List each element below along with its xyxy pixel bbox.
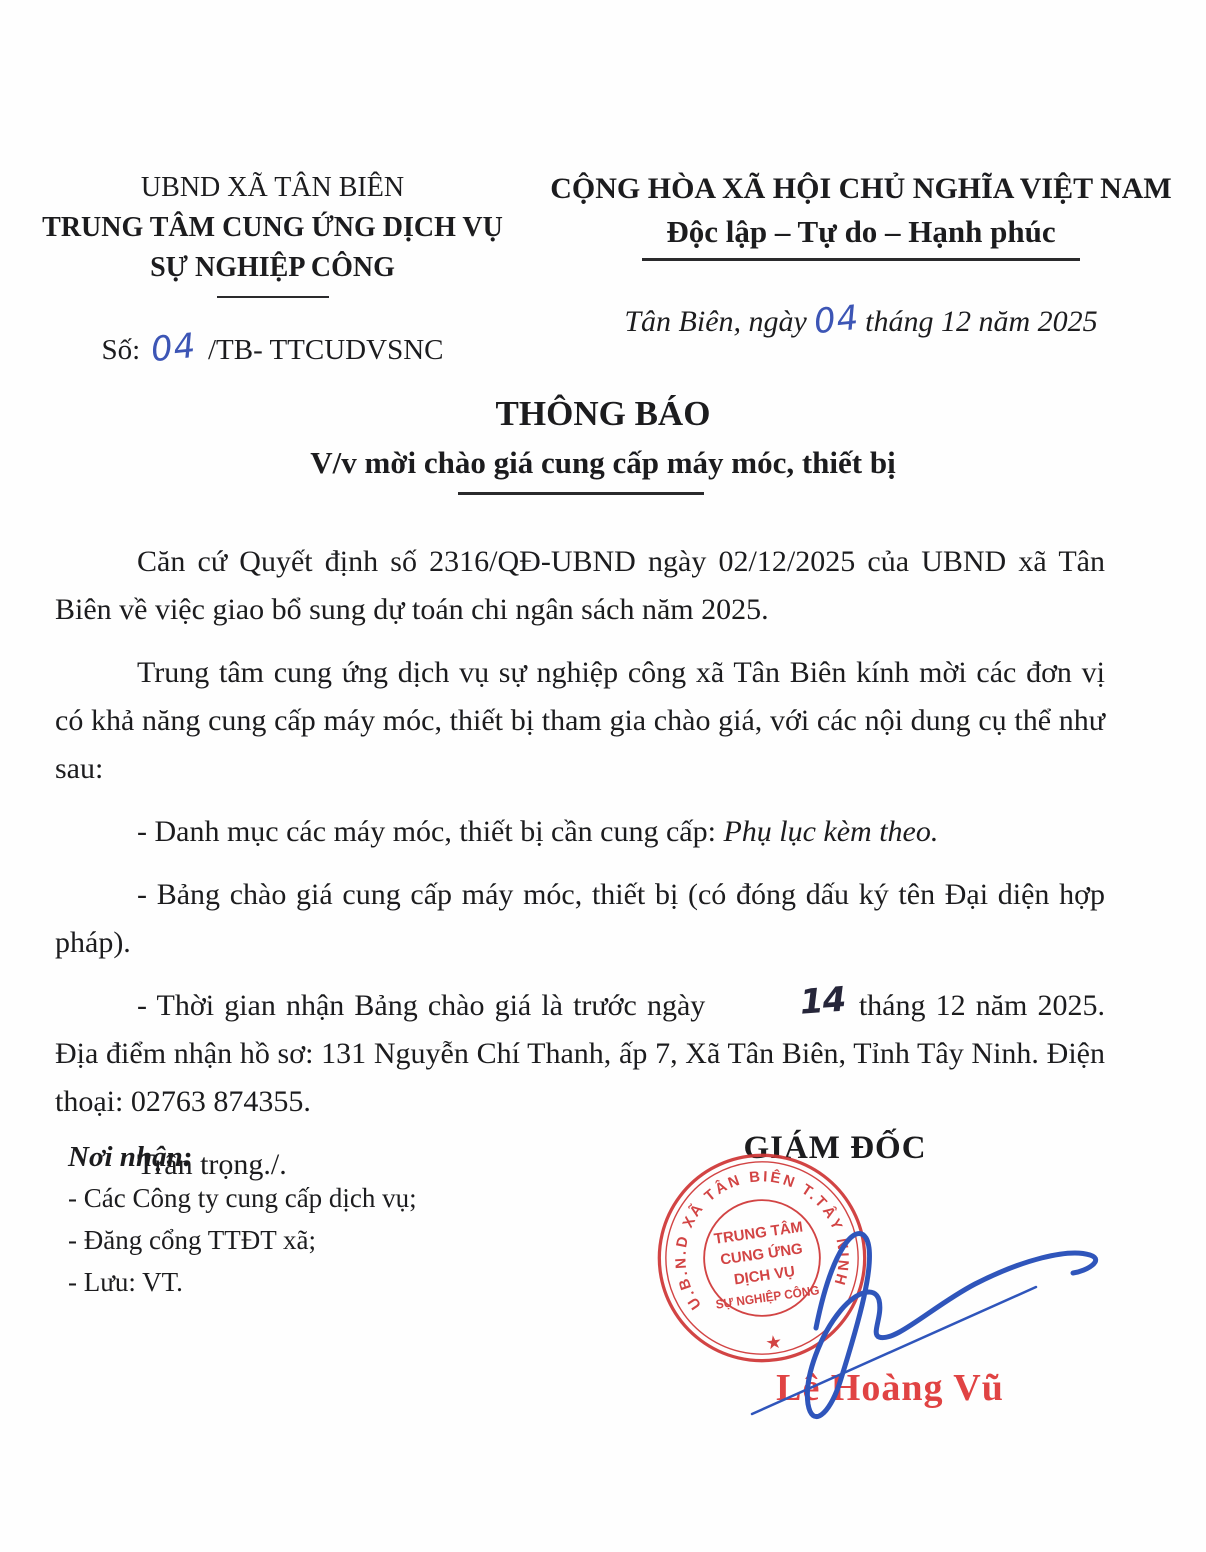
recipients-block: Nơi nhận: - Các Công ty cung cấp dịch vụ… [68, 1138, 588, 1302]
bullet1-appendix-note: Phụ lục kèm theo. [723, 815, 938, 848]
national-motto-block: CỘNG HÒA XÃ HỘI CHỦ NGHĨA VIỆT NAM Độc l… [536, 168, 1186, 367]
handwritten-signature [736, 1176, 1146, 1444]
recipient-item: - Lưu: VT. [68, 1262, 588, 1302]
bullet-item-list: - Danh mục các máy móc, thiết bị cần cun… [55, 808, 1105, 856]
date-day-handwritten: 04 [814, 318, 859, 323]
document-body: Căn cứ Quyết định số 2316/QĐ-UBND ngày 0… [55, 538, 1105, 1204]
document-subtitle: V/v mời chào giá cung cấp máy móc, thiết… [0, 442, 1206, 484]
document-number-handwritten: 04 [148, 345, 201, 351]
date-suffix: tháng 12 năm 2025 [865, 305, 1098, 338]
signature-ink-icon [736, 1176, 1146, 1444]
bullet-deadline: - Thời gian nhận Bảng chào giá là trước … [55, 982, 1105, 1126]
bullet1-text: - Danh mục các máy móc, thiết bị cần cun… [137, 815, 723, 848]
issuing-agency-block: UBND XÃ TÂN BIÊN TRUNG TÂM CUNG ỨNG DỊCH… [20, 168, 525, 367]
paragraph-invitation: Trung tâm cung ứng dịch vụ sự nghiệp côn… [55, 649, 1105, 793]
subtitle-underline [458, 492, 704, 495]
document-number-label: Số: [102, 334, 141, 366]
recipients-title: Nơi nhận: [68, 1138, 588, 1176]
agency-name-line1: TRUNG TÂM CUNG ỨNG DỊCH VỤ [20, 208, 525, 248]
document-header: UBND XÃ TÂN BIÊN TRUNG TÂM CUNG ỨNG DỊCH… [20, 168, 1186, 367]
bullet-price-sheet: - Bảng chào giá cung cấp máy móc, thiết … [55, 871, 1105, 967]
document-number-suffix: /TB- TTCUDVSNC [208, 334, 444, 366]
bullet3-prefix: - Thời gian nhận Bảng chào giá là trước … [137, 989, 715, 1022]
date-prefix: Tân Biên, ngày [624, 305, 814, 338]
document-title: THÔNG BÁO [0, 392, 1206, 436]
national-header-line: CỘNG HÒA XÃ HỘI CHỦ NGHĨA VIỆT NAM [536, 168, 1186, 210]
recipient-item: - Đăng cổng TTĐT xã; [68, 1220, 588, 1260]
recipient-item: - Các Công ty cung cấp dịch vụ; [68, 1178, 588, 1218]
motto-underline [642, 258, 1080, 261]
agency-parent-line: UBND XÃ TÂN BIÊN [20, 168, 525, 208]
paragraph-legal-basis: Căn cứ Quyết định số 2316/QĐ-UBND ngày 0… [55, 538, 1105, 634]
motto-line: Độc lập – Tự do – Hạnh phúc [536, 210, 1186, 254]
document-page: UBND XÃ TÂN BIÊN TRUNG TÂM CUNG ỨNG DỊCH… [0, 0, 1206, 1552]
agency-underline [217, 296, 329, 298]
document-title-block: THÔNG BÁO V/v mời chào giá cung cấp máy … [0, 392, 1206, 495]
agency-name-line2: SỰ NGHIỆP CÔNG [20, 248, 525, 288]
deadline-day-handwritten: 14 [716, 999, 849, 1008]
place-date-line: Tân Biên, ngày 04 tháng 12 năm 2025 [536, 305, 1186, 339]
document-number-line: Số: 04 /TB- TTCUDVSNC [20, 334, 525, 367]
